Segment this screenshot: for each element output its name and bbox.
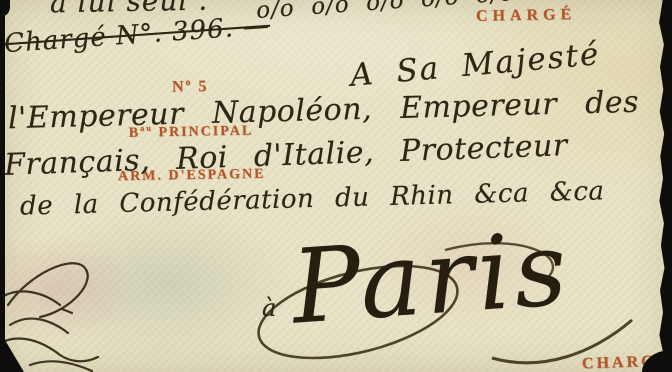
destination-paris: Paris	[289, 218, 574, 339]
photo-corner-top-left	[0, 0, 10, 16]
destination-prefix: à	[262, 296, 276, 320]
diagonal-inscription	[0, 245, 152, 372]
address-line-majeste: A Sa Majesté	[349, 39, 601, 92]
envelope: à lui seul . o/o o/o o/o o/o o/o Chargé …	[0, 0, 672, 372]
annotation-a-lui-seul: à lui seul .	[50, 0, 209, 17]
charge-stamp-top: CHARGÉ	[476, 7, 576, 25]
photo-edge-left	[0, 0, 5, 372]
photo-edge-right	[657, 0, 672, 372]
